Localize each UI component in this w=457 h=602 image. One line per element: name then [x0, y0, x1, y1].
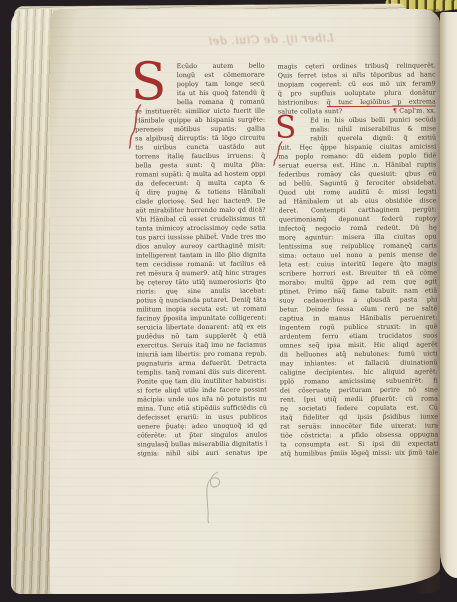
left-column-body-lines: re instituerẽt: similior uicto fuerit il… — [135, 107, 267, 459]
red-underlined-phrase: q̃ tunc legiõibus p extrema — [327, 97, 436, 106]
next-page-edge — [440, 12, 457, 578]
right-column-body-lines: fuit. Hęc q̃ppe hispanię ciuitas amiciss… — [278, 142, 438, 458]
right-column-initial-lines: Ed in his oĩbus belli punici secũdimalis… — [278, 115, 436, 143]
left-text-column: S Ecũdo autem bello punico: nimislongũ e… — [135, 62, 268, 459]
chapter-number-label: Capl'm. xx. — [399, 106, 436, 114]
left-drop-cap-initial: S — [131, 59, 167, 105]
text-line: signia: nihil sibi auri senatus ipe quan… — [137, 449, 267, 459]
line-plain-part: histrionibus: — [278, 98, 327, 106]
left-page-edges — [11, 9, 53, 594]
right-drop-cap-initial: S — [275, 113, 296, 141]
right-column-top-lines: magis cęteri ordines tribusq̃ relinquerẽ… — [278, 61, 436, 98]
pilcrow-icon: ¶ — [393, 107, 397, 115]
photo-background: Liber iij. de Ciui. dei S Ecũdo autem be… — [0, 0, 457, 602]
chapter-heading: ¶ Capl'm. xx. — [393, 106, 436, 115]
text-line: atq̃ humilibus p̃miis lõgeq̃ missi: uix … — [280, 448, 438, 458]
showthrough-running-title: Liber iij. de Ciui. dei — [196, 31, 346, 48]
right-text-column: magis cęteri ordines tribusq̃ relinquerẽ… — [278, 61, 439, 458]
pencil-annotation-mark — [196, 467, 236, 525]
